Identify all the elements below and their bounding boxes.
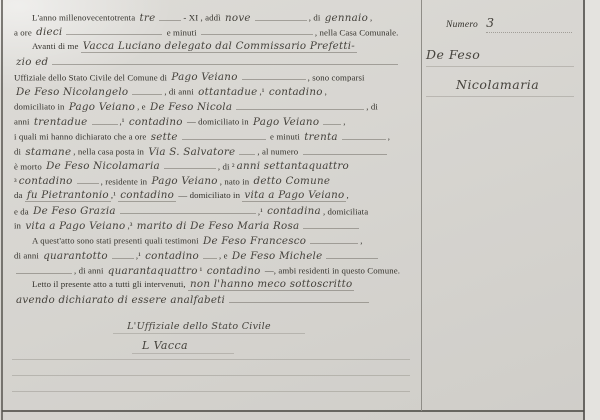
printed-text: ,¹ (259, 87, 266, 97)
printed-text: —, ambi residenti in questo Comune. (263, 266, 401, 276)
act-line: i quali mi hanno dichiarato che a ore se… (14, 127, 412, 142)
signature-role-line: L'Uffiziale dello Stato Civile (6, 316, 412, 334)
printed-text: a ore (14, 27, 34, 37)
numero-label: Numero (446, 20, 478, 30)
blank-rule (342, 127, 386, 140)
handwritten-text: non l'hanno meco sottoscritto (188, 278, 354, 291)
printed-text: ,¹ (120, 117, 127, 127)
handwritten-text: quarantaquattro (106, 265, 200, 276)
printed-text: , di anni (164, 87, 196, 97)
blank-rule (120, 202, 256, 215)
printed-text: di (14, 147, 23, 157)
act-line: in vita a Pago Veiano,³ marito di De Fes… (14, 216, 412, 231)
deceased-surname-line: De Feso (426, 46, 574, 67)
printed-text: in (14, 221, 23, 231)
blank-rule (112, 246, 134, 259)
handwritten-text: contadino (143, 250, 201, 261)
handwritten-text: sette (149, 131, 180, 142)
handwritten-text: De Feso Francesco (201, 235, 308, 246)
act-line: L'anno millenovecentotrenta tre- XI , ad… (14, 8, 412, 23)
printed-text: , (346, 190, 348, 200)
blank-rule (182, 127, 266, 140)
handwritten-text: detto Comune (252, 175, 333, 186)
act-line: A quest'atto sono stati presenti quali t… (14, 231, 412, 246)
act-line: avendo dichiarato di essere analfabeti (14, 291, 412, 306)
blank-rule (203, 246, 217, 259)
act-line: di anni quarantotto,¹ contadino, e De Fe… (14, 246, 412, 261)
printed-text: di anni (14, 251, 41, 261)
handwritten-text: contadino (267, 86, 325, 97)
act-body: L'anno millenovecentotrenta tre- XI , ad… (6, 8, 412, 306)
act-line: anni trentadue,¹ contadino — domiciliato… (14, 112, 412, 127)
blank-rule (159, 8, 181, 21)
printed-text: ,³ (127, 221, 134, 231)
act-line: Letto il presente atto a tutti gli inter… (14, 276, 412, 291)
handwritten-text: vita a Pago Veiano (242, 189, 346, 202)
handwritten-text: contadino (118, 189, 176, 202)
handwritten-text: gennaio (323, 12, 370, 23)
blank-rule (236, 97, 364, 110)
printed-text: e minuti (164, 27, 198, 37)
handwritten-text: Vacca Luciano delegato dal Commissario P… (81, 40, 357, 53)
blank-rule (303, 216, 359, 229)
printed-text: — domiciliato in (185, 117, 251, 127)
blank-rule (52, 53, 398, 66)
blank-rule-line (12, 375, 410, 376)
handwritten-text: stamane (23, 146, 73, 157)
handwritten-text: De Feso Michele (230, 250, 325, 261)
signature-block: L'Uffiziale dello Stato Civile L Vacca (6, 316, 412, 354)
printed-text: , (370, 13, 372, 23)
printed-text: A quest'atto sono stati presenti quali t… (32, 236, 201, 246)
act-line: , di anni quarantaquattro¹ contadino —, … (14, 261, 412, 276)
handwritten-text: fu Pietrantonio (25, 189, 111, 202)
printed-text: da (14, 190, 25, 200)
handwritten-text: De Feso Nicola (148, 101, 234, 112)
handwritten-text: zio ed (14, 56, 50, 67)
printed-text: Letto il presente atto a tutti gli inter… (32, 279, 188, 289)
margin-column: Numero 3 De Feso Nicolamaria (424, 0, 580, 410)
printed-text: , sono comparsi (308, 72, 365, 82)
printed-text: e da (14, 206, 31, 216)
handwritten-text: Via S. Salvatore (146, 146, 237, 157)
handwritten-text: marito di De Feso Maria Rosa (135, 220, 302, 231)
printed-text: , (388, 132, 390, 142)
handwritten-text: trentadue (32, 116, 90, 127)
handwritten-text: contadino (127, 116, 185, 127)
blank-rule (242, 68, 306, 81)
numero-rule: 3 (486, 14, 572, 33)
printed-text: , nella Casa Comunale. (315, 27, 399, 37)
blank-rule (132, 82, 162, 95)
printed-text: , nato in (220, 176, 252, 186)
handwritten-text: vita a Pago Veiano (23, 220, 127, 231)
printed-text: L'anno millenovecentotrenta (32, 13, 138, 23)
act-line: domiciliato in Pago Veiano, e De Feso Ni… (14, 97, 412, 112)
printed-text: , di anni (74, 266, 106, 276)
act-line: a ore dieci e minuti , nella Casa Comuna… (14, 23, 412, 38)
blank-rule (239, 142, 255, 155)
handwritten-text: Pago Veiano (149, 175, 219, 186)
death-record-scan: L'anno millenovecentotrenta tre- XI , ad… (0, 0, 600, 420)
handwritten-text: nove (223, 12, 253, 23)
act-line: De Feso Nicolangelo, di anni ottantadue,… (14, 82, 412, 97)
handwritten-text: anni settantaquattro (235, 160, 351, 171)
blank-rule (92, 112, 118, 125)
column-divider-line (421, 0, 422, 411)
handwritten-text: Pago Veiano (251, 116, 321, 127)
blank-rule-line (12, 359, 410, 360)
handwritten-text: contadino (17, 175, 75, 186)
blank-rule (201, 23, 313, 36)
adjacent-page-strip (585, 0, 600, 420)
signature-name-line: L Vacca (6, 334, 412, 354)
handwritten-text: De Feso Nicolamaria (44, 160, 162, 171)
handwritten-text: Pago Veiano (169, 71, 239, 82)
deceased-given-name: Nicolamaria (456, 77, 539, 92)
deceased-given-name-line: Nicolamaria (426, 76, 574, 97)
printed-text: e minuti (268, 132, 302, 142)
printed-text: , residente in (101, 176, 150, 186)
printed-text: , di ² (218, 161, 235, 171)
act-line: Uffiziale dello Stato Civile del Comune … (14, 68, 412, 83)
blank-rule (164, 157, 216, 170)
act-line: zio ed (14, 53, 412, 68)
printed-text: - XI , addì (183, 13, 223, 23)
printed-text: , di (366, 102, 378, 112)
handwritten-text: De Feso Nicolangelo (14, 86, 130, 97)
handwritten-text: contadina (265, 205, 323, 216)
printed-text: , (360, 236, 362, 246)
act-line: da fu Pietrantonio,¹ contadino — domicil… (14, 187, 412, 202)
act-line: e da De Feso Grazia,¹ contadina, domicil… (14, 202, 412, 217)
act-line: è morto De Feso Nicolamaria, di ²anni se… (14, 157, 412, 172)
printed-text: è morto (14, 161, 44, 171)
handwritten-text: Pago Veiano (67, 101, 137, 112)
act-line: ³contadino, residente in Pago Veiano, na… (14, 172, 412, 187)
printed-text: Uffiziale dello Stato Civile del Comune … (14, 72, 169, 82)
official-signature: L Vacca (132, 339, 234, 354)
blank-rule-line (12, 391, 410, 392)
handwritten-text: trenta (302, 131, 340, 142)
printed-text: , di (309, 13, 323, 23)
handwritten-text: avendo dichiarato di essere analfabeti (14, 294, 227, 305)
blank-rule (255, 8, 307, 21)
page-bottom-border (2, 410, 584, 412)
printed-text: , al numero (257, 147, 300, 157)
handwritten-text: quarantotto (41, 250, 110, 261)
printed-text: Avanti di me (32, 41, 81, 51)
act-line: di stamane, nella casa posta in Via S. S… (14, 142, 412, 157)
printed-text: — domiciliato in (176, 190, 242, 200)
handwritten-text: ottantadue (196, 86, 259, 97)
printed-text: , e (219, 251, 230, 261)
blank-rule (77, 172, 99, 185)
act-line: Avanti di me Vacca Luciano delegato dal … (14, 38, 412, 53)
printed-text: domiciliato in (14, 102, 67, 112)
printed-text: anni (14, 117, 32, 127)
blank-rule (323, 112, 341, 125)
handwritten-text: De Feso Grazia (31, 205, 118, 216)
printed-text: ¹ (200, 266, 205, 276)
page-left-border (1, 0, 3, 420)
record-number-value: 3 (486, 15, 494, 30)
deceased-surname: De Feso (426, 47, 480, 62)
blank-rule (310, 231, 358, 244)
printed-text: , (325, 87, 327, 97)
blank-rule (303, 142, 387, 155)
printed-text: , e (137, 102, 148, 112)
handwritten-text: dieci (34, 26, 64, 37)
blank-rule (16, 261, 72, 274)
blank-rule (66, 23, 162, 36)
blank-rule (326, 246, 378, 259)
handwritten-text: tre (138, 12, 158, 23)
blank-rule (229, 291, 369, 304)
printed-text: , domiciliata (323, 206, 368, 216)
printed-text: , (343, 117, 345, 127)
record-number-row: Numero 3 (446, 14, 572, 33)
official-title-handwritten: L'Uffiziale dello Stato Civile (113, 321, 305, 334)
printed-text: , nella casa posta in (73, 147, 146, 157)
handwritten-text: contadino (205, 265, 263, 276)
printed-text: i quali mi hanno dichiarato che a ore (14, 132, 149, 142)
